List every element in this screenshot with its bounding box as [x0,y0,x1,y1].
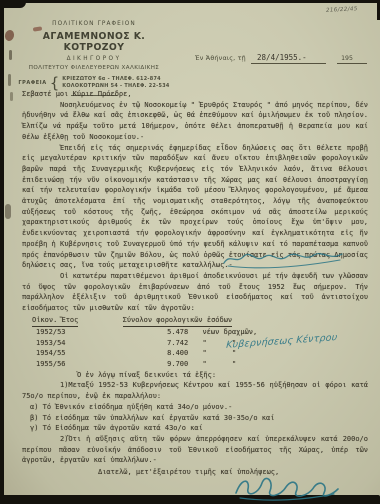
offices-label: ΓΡΑΦΕΙΑ [18,80,46,86]
ink-stain [4,29,16,42]
finding-point-1c: γ) Τό Εἰσόδημα τῶν ἀγροτῶν κατά 43ο/ο κα… [30,423,368,434]
archive-reference-note: 216/22/45 [326,6,358,14]
cell-amount: 5.478 [100,327,188,338]
ink-stain [8,74,11,86]
salutation: Σεβαστέ μοι Κύριε Πρόεδρε, [22,89,368,100]
cell-year: 1953/54 [36,338,96,349]
column-header-year: Οἰκον. Ἔτος [32,315,78,327]
handwritten-margin-scribble [220,247,348,271]
cell-year: 1954/55 [36,348,96,359]
paragraph-hospital: Νοσηλευόμενος ἐν τῷ Νοσοκομείῳ " Ἐρυθρός… [22,100,368,143]
finding-point-1b: β) Τό εἰσόδημα τῶν ὑπαλλήλων καί ἐργατῶν… [30,413,368,424]
cell-unit: νέων δραχμῶν, [202,327,257,338]
dateline-prefix: Ἐν Ἀθήναις, τῇ [195,54,246,62]
dateline: Ἐν Ἀθήναις, τῇ 28/4/1955.- 195 [195,45,367,64]
table-row: 1955/56 9.700 " " [22,359,368,370]
letterhead-offices: ΓΡΑΦΕΙΑ { ΚΡΙΕΖΩΤΟΥ 6α - ΤΗΛΕΦ. 612-874 … [18,76,170,90]
scanned-letter-page: 216/22/45 ΠΟΛΙΤΙΚΟΝ ΓΡΑΦΕΙΟΝ ΑΓΑΜΕΜΝΟΝΟΣ… [0,0,380,504]
finding-point-1a: α) Τό Ἐθνικόν εἰσόδημα ηὐξήθη κατά 34ο/ο… [30,402,368,413]
ink-stain [10,92,13,101]
scan-edge-top-left [0,0,26,8]
finding-point-1: 1)Μεταξύ 1952-53 Κυβερνήσεως Κέντρου καί… [22,380,368,401]
column-header-total: Σύνολον φορολογικῶν ἐσόδων [123,315,233,327]
ink-stain [9,50,12,60]
letterhead-name: ΑΓΑΜΕΜΝΟΝΟΣ Κ. ΚΟΤΡΟΖΟΥ [18,31,170,53]
letterhead-office-type: ΠΟΛΙΤΙΚΟΝ ΓΡΑΦΕΙΟΝ [18,21,170,27]
cell-unit: " " [202,359,236,370]
cell-year: 1955/56 [36,359,96,370]
office-address-1: ΚΡΙΕΖΩΤΟΥ 6α - ΤΗΛΕΦ. 612-874 [62,76,169,83]
letter-body: Σεβαστέ μοι Κύριε Πρόεδρε, Νοσηλευόμενος… [22,89,368,478]
table-header-row: Οἰκον. Ἔτος Σύνολον φορολογικῶν ἐσόδων [22,315,368,327]
cell-amount: 8.400 [100,348,188,359]
finding-point-2: 2)Ὅτι ἡ αὔξησις αὕτη τῶν φόρων ἀπερρόφησ… [22,434,368,466]
letterhead-title: ΔΙΚΗΓΟΡΟΥ [18,56,170,62]
dateline-typed-date: 28/4/1955.- [251,53,326,64]
paragraph-figures-intro: Οἱ κατωτέρω παρατιθέμενοι ἀριθμοί ἀποδει… [22,271,368,314]
dateline-printed-year: 195 [337,55,367,64]
cell-amount: 9.700 [100,359,188,370]
letterhead-subtitle: ΠΟΛΙΤΕΥΤΟΥ ΦΙΛΕΛΕΥΘΕΡΩΝ ΧΑΛΚΙΔΙΚΗΣ [18,65,170,71]
ink-stain [5,204,11,219]
office-address-lines: ΚΡΙΕΖΩΤΟΥ 6α - ΤΗΛΕΦ. 612-874 ΚΟΛΟΚΟΤΡΩΝ… [62,76,169,89]
brace-glyph: { [50,76,60,90]
scan-edge-left [0,0,4,504]
table-row: 1954/55 8.400 " " [22,348,368,359]
findings-intro: Ὁ ἐν λόγῳ πίναξ δεικνύει τά ἑξῆς: [22,370,368,381]
signature-scrawl [230,475,342,503]
letterhead: ΠΟΛΙΤΙΚΟΝ ΓΡΑΦΕΙΟΝ ΑΓΑΜΕΜΝΟΝΟΣ Κ. ΚΟΤΡΟΖ… [18,21,170,96]
cell-amount: 7.742 [100,338,188,349]
cell-year: 1952/53 [36,327,96,338]
scan-edge-top [0,0,380,3]
